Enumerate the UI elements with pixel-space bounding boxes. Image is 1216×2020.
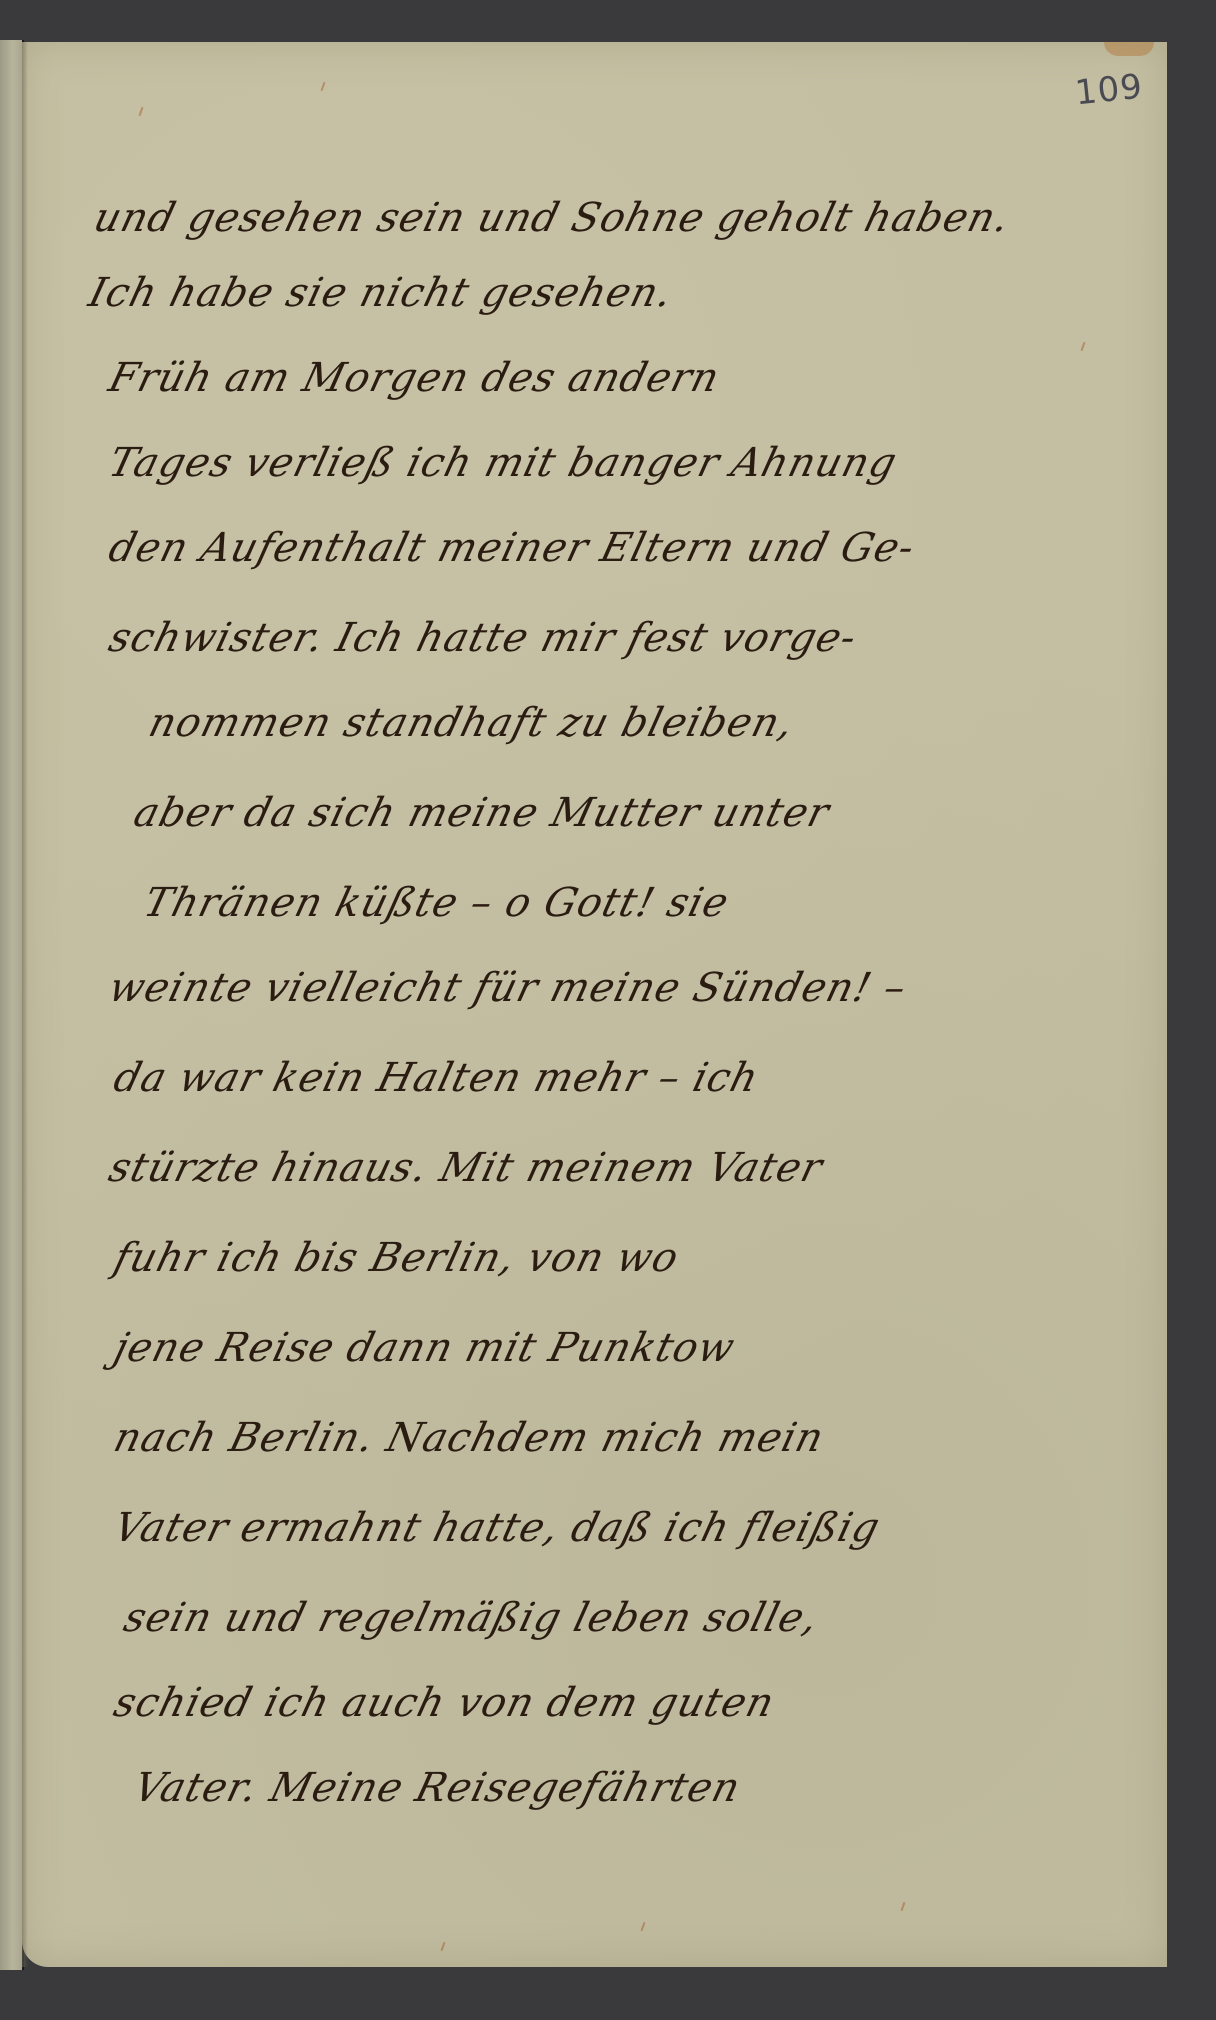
paper-fibre: [139, 107, 144, 116]
text-line: und gesehen sein und Sohne geholt haben.: [89, 195, 1014, 241]
text-line: nommen standhaft zu bleiben,: [144, 700, 799, 746]
text-line: Vater ermahnt hatte, daß ich fleißig: [109, 1505, 885, 1551]
text-line: schied ich auch von dem guten: [109, 1680, 779, 1726]
text-line: sein und regelmäßig leben solle,: [119, 1595, 823, 1641]
text-line: da war kein Halten mehr – ich: [109, 1055, 763, 1101]
paper-fibre: [901, 1902, 906, 1911]
text-line: jene Reise dann mit Punktow: [109, 1325, 739, 1371]
text-line: Thränen küßte – o Gott! sie: [139, 880, 733, 926]
text-line: fuhr ich bis Berlin, von wo: [109, 1235, 683, 1281]
text-line: Tages verließ ich mit banger Ahnung: [104, 440, 902, 486]
text-line: aber da sich meine Mutter unter: [129, 790, 834, 836]
paper-fibre: [321, 82, 326, 91]
paper-stain: [1104, 42, 1154, 56]
binding-gutter: [22, 42, 28, 1967]
text-line: Früh am Morgen des andern: [104, 355, 724, 401]
text-line: weinte vielleicht für meine Sünden! –: [104, 965, 911, 1011]
text-line: stürzte hinaus. Mit meinem Vater: [104, 1145, 827, 1191]
folio-number: 109: [1073, 67, 1145, 114]
text-line: Ich habe sie nicht gesehen.: [84, 270, 677, 316]
previous-leaf-edge: [0, 40, 24, 1970]
text-line: schwister. Ich hatte mir fest vorge-: [104, 615, 861, 661]
paper-fibre: [641, 1922, 646, 1931]
text-line: nach Berlin. Nachdem mich mein: [109, 1415, 829, 1461]
manuscript-scan: 109 und gesehen sein und Sohne geholt ha…: [0, 0, 1216, 2020]
paper-fibre: [1081, 342, 1086, 351]
text-line: Vater. Meine Reisegefährten: [129, 1765, 745, 1811]
text-line: den Aufenthalt meiner Eltern und Ge-: [104, 525, 919, 571]
paper-fibre: [441, 1942, 446, 1951]
